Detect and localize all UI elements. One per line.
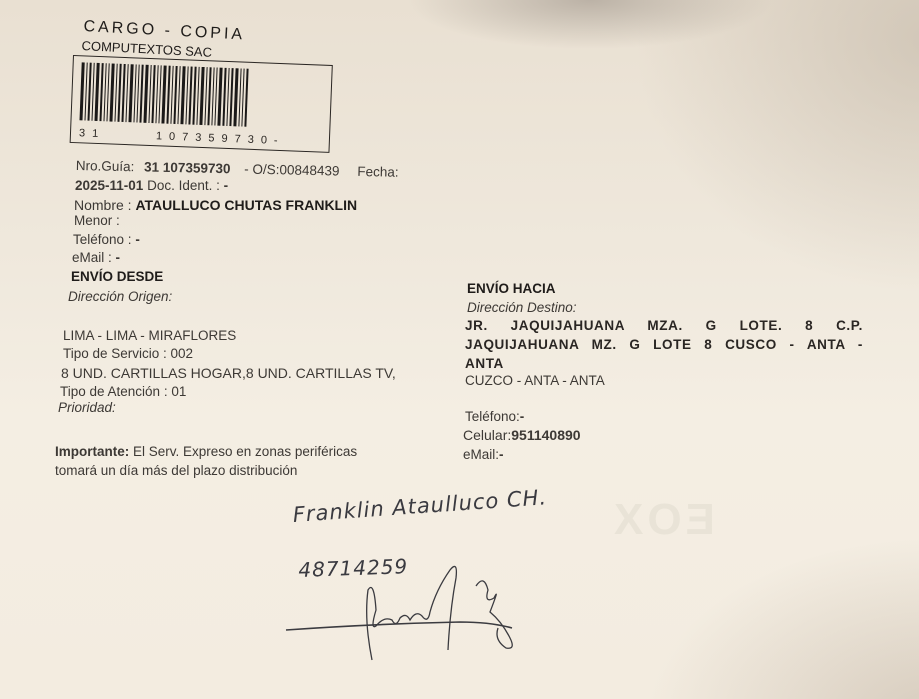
barcode-prefix: 3 1 <box>79 127 101 140</box>
barcode: 3 1 107359730- <box>70 55 333 153</box>
email-value: - <box>116 250 121 265</box>
email-label: eMail : <box>72 250 112 265</box>
nro-guia-value: 31 107359730 <box>144 159 231 176</box>
handwritten-name: Franklin Ataulluco CH. <box>292 485 548 527</box>
telefono-value: - <box>135 232 140 247</box>
nombre-label: Nombre : <box>74 197 132 213</box>
notice-label: Importante: <box>55 444 129 459</box>
notice-line-1: El Serv. Expreso en zonas periféricas <box>129 444 357 459</box>
dest-telefono-line: Teléfono:- <box>465 409 524 424</box>
origin-section-title: ENVÍO DESDE <box>71 269 163 284</box>
shipping-receipt: CARGO - COPIA COMPUTEXTOS SAC 3 1 107359… <box>0 0 919 699</box>
destination-address-label: Dirección Destino: <box>467 300 577 315</box>
date-doc-line: 2025-11-01 Doc. Ident. : - <box>75 178 228 193</box>
dest-email-line: eMail:- <box>463 447 504 462</box>
barcode-number: 107359730- <box>156 130 285 147</box>
nro-guia-label: Nro.Guía: <box>76 158 135 174</box>
nombre-value: ATAULLUCO CHUTAS FRANKLIN <box>135 197 357 213</box>
doc-ident-label: Doc. Ident. : <box>147 178 220 193</box>
doc-ident-value: - <box>224 178 229 193</box>
os-value: 00848439 <box>279 162 339 178</box>
os-label: - O/S: <box>244 162 280 178</box>
dest-telefono-value: - <box>520 409 525 424</box>
telefono-line: Teléfono : - <box>73 232 140 247</box>
important-notice: Importante: El Serv. Expreso en zonas pe… <box>55 444 357 459</box>
origin-location: LIMA - LIMA - MIRAFLORES <box>63 328 236 343</box>
dest-email-value: - <box>499 447 504 462</box>
dest-celular-label: Celular: <box>463 427 511 443</box>
signature <box>280 550 540 670</box>
origin-address-label: Dirección Origen: <box>68 289 172 304</box>
watermark-bleed: EOX <box>610 495 715 545</box>
fecha-label: Fecha: <box>357 164 399 180</box>
destination-section-title: ENVÍO HACIA <box>467 281 556 296</box>
menor-label: Menor : <box>74 213 120 228</box>
dest-email-label: eMail: <box>463 447 499 462</box>
notice-line-2: tomará un día más del plazo distribución <box>55 463 297 478</box>
dest-celular-line: Celular:951140890 <box>463 427 581 443</box>
shipment-contents: 8 UND. CARTILLAS HOGAR,8 UND. CARTILLAS … <box>61 365 396 381</box>
telefono-label: Teléfono : <box>73 232 132 247</box>
destination-address: JR. JAQUIJAHUANA MZA. G LOTE. 8 C.P. JAQ… <box>465 316 863 373</box>
email-line: eMail : - <box>72 250 120 265</box>
fecha-value: 2025-11-01 <box>75 178 143 193</box>
guide-line: Nro.Guía: 31 107359730 - O/S:00848439 Fe… <box>76 158 399 180</box>
dest-telefono-label: Teléfono: <box>465 409 520 424</box>
barcode-bars <box>79 62 323 129</box>
service-type: Tipo de Servicio : 002 <box>63 346 193 361</box>
nombre-line: Nombre : ATAULLUCO CHUTAS FRANKLIN <box>74 197 357 213</box>
priority-label: Prioridad: <box>58 400 116 415</box>
dest-celular-value: 951140890 <box>511 427 580 443</box>
destination-location: CUZCO - ANTA - ANTA <box>465 373 605 388</box>
attention-type: Tipo de Atención : 01 <box>60 384 186 399</box>
signature-strokes <box>280 550 540 670</box>
